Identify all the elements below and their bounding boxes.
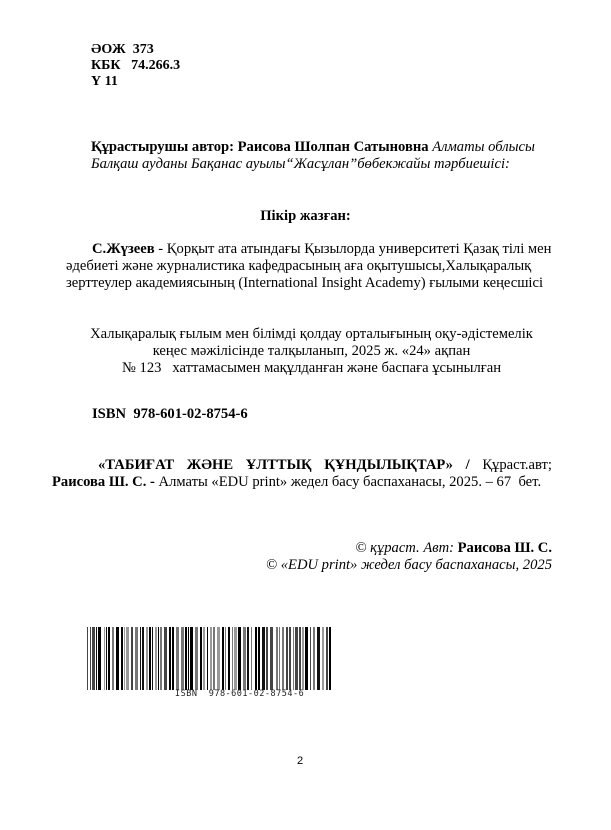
barcode-caption: ISBN 978-601-02-8754-6 [175,689,304,699]
bibliography-separator: / [466,457,470,473]
publisher-info: Алматы «EDU print» жедел басу баспаханас… [155,474,541,490]
compiler-name: Раисова Шолпан Сатыновна [238,139,429,155]
approval-line-2: кеңес мәжілісінде талқыланып, 2025 ж. «2… [0,343,611,359]
compiler-workplace: Балқаш ауданы Бақанас ауылы“Жасұлан”бөбе… [91,156,510,172]
reviewer-line-1: С.Жүзеев - Қорқыт ата атындағы Қызылорда… [92,241,551,257]
approval-line-1: Халықаралық ғылым мен білімді қолдау орт… [0,326,611,342]
copyright-name: Раисова Ш. С. [458,540,552,556]
copyright-compiler: © құраст. Авт: Раисова Ш. С. [355,540,552,556]
approval-line-3: № 123 хаттамасымен мақұлданған және басп… [0,360,611,376]
udc-code: ӘОЖ 373 [91,42,180,58]
bbk-code: КБК 74.266.3 [91,58,180,74]
book-title-word: ЖӘНЕ [187,457,233,473]
isbn-number: 978-601-02-8754-6 [133,406,247,422]
compiler-location: Алматы облысы [432,139,535,155]
reviewer-line-3: зерттеулер академиясының (International … [66,275,543,291]
review-heading: Пікір жазған: [0,208,611,224]
reviewer-line-2: әдебиеті және журналистика кафедрасының … [66,258,531,274]
author-mark: Ү 11 [91,74,180,90]
author-short: Раисова Ш. С. - [52,474,155,490]
classification-codes: ӘОЖ 373 КБК 74.266.3 Ү 11 [91,42,180,90]
isbn-barcode [87,627,331,690]
compiler-line: Құрастырушы автор: Раисова Шолпан Сатыно… [91,139,535,155]
book-title-word: «ТАБИҒАТ [98,457,174,473]
isbn-line: ISBN 978-601-02-8754-6 [92,406,248,422]
copyright-publisher: © «EDU print» жедел басу баспаханасы, 20… [266,557,552,573]
book-title-word: ҰЛТТЫҚ [246,457,312,473]
bibliography-line-2: Раисова Ш. С. - Алматы «EDU print» жедел… [52,474,541,490]
reviewer-name: С.Жүзеев [92,241,155,257]
page-number: 2 [297,753,303,769]
compiler-label: Құрастырушы автор: [91,139,234,155]
bibliography-line-1: «ТАБИҒАТ ЖӘНЕ ҰЛТТЫҚ ҚҰНДЫЛЫҚТАР» / Құра… [98,457,552,473]
book-title-word: ҚҰНДЫЛЫҚТАР» [324,457,453,473]
compiled-by: Құраст.авт; [482,457,552,473]
